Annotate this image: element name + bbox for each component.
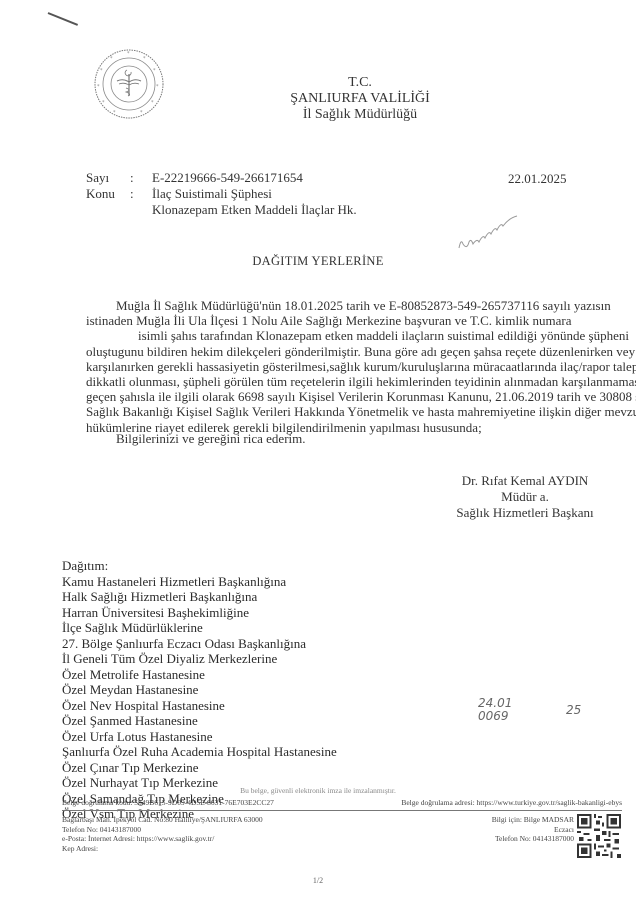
footer-divider: [62, 810, 622, 811]
sayi-label: Sayı: [86, 170, 130, 186]
distribution-item: Özel Nev Hospital Hastanesine: [62, 698, 337, 714]
body-line: geçen şahısla ile ilgili olarak 6698 say…: [86, 389, 636, 404]
konu-line-2: Klonazepam Etken Maddeli İlaçlar Hk.: [152, 202, 357, 218]
handwritten-note-duyuru: [455, 208, 525, 253]
distribution-item: Özel Çınar Tıp Merkezine: [62, 760, 337, 776]
web-line[interactable]: e-Posta: İnternet Adresi: https://www.sa…: [62, 834, 263, 844]
sayi-value: E-22219666-549-266171654: [152, 170, 303, 186]
svg-text:*: *: [97, 84, 100, 90]
konu-label: Konu: [86, 186, 130, 202]
body-line: Sağlık Bakanlığı Kişisel Sağlık Verileri…: [86, 404, 636, 419]
distribution-item: Şanlıurfa Özel Ruha Academia Hospital Ha…: [62, 744, 337, 760]
body-line: dikkatli olunması, şüpheli görülen tüm r…: [86, 374, 636, 389]
footer-contact: Bilgi için: Bilge MADSAR Eczacı Telefon …: [470, 815, 574, 844]
handwritten-year-note: 25: [566, 703, 581, 717]
svg-text:*: *: [153, 68, 156, 74]
letterhead-country: T.C.: [240, 75, 480, 91]
konu-row: Konu : İlaç Suistimali Şüphesi: [86, 186, 357, 202]
contact-role: Eczacı: [470, 825, 574, 835]
esign-note: Bu belge, güvenli elektronik imza ile im…: [0, 786, 636, 795]
qr-code-icon: [577, 814, 621, 858]
ministry-of-health-seal-icon: **** **** ***: [93, 48, 165, 120]
body-line: istinaden Muğla İli Ula İlçesi 1 Nolu Ai…: [86, 313, 636, 328]
distribution-list: Dağıtım: Kamu Hastaneleri Hizmetleri Baş…: [62, 558, 337, 822]
letterhead: T.C. ŞANLIURFA VALİLİĞİ İl Sağlık Müdürl…: [240, 75, 480, 123]
body-line: Muğla İl Sağlık Müdürlüğü'nün 18.01.2025…: [86, 298, 636, 313]
handwritten-registry-note: 24.01 0069: [478, 697, 512, 723]
recipients-title: DAĞITIM YERLERİNE: [0, 254, 636, 269]
kep-line: Kep Adresi:: [62, 844, 263, 854]
body-line: isimli şahıs tarafından Klonazepam etken…: [86, 328, 636, 343]
contact-person: Bilgi için: Bilge MADSAR: [470, 815, 574, 825]
body-line: oluştugunu bildiren hekim dilekçeleri gö…: [86, 344, 636, 359]
address-line: Bağlarbaşı Mah. İpekyol Cad. No:80 Halil…: [62, 815, 263, 825]
svg-text:*: *: [110, 56, 113, 62]
distribution-item: Kamu Hastaneleri Hizmetleri Başkanlığına: [62, 574, 337, 590]
sayi-row: Sayı : E-22219666-549-266171654: [86, 170, 357, 186]
pen-mark: [48, 12, 78, 26]
konu-line-1: İlaç Suistimali Şüphesi: [152, 186, 272, 202]
distribution-item: Halk Sağlığı Hizmetleri Başkanlığına: [62, 589, 337, 605]
signer-title-2: Sağlık Hizmetleri Başkanı: [440, 505, 610, 521]
svg-text:*: *: [151, 100, 154, 106]
separator: :: [130, 186, 152, 202]
svg-text:*: *: [113, 110, 116, 116]
signer-title-1: Müdür a.: [440, 489, 610, 505]
signer-name: Dr. Rıfat Kemal AYDIN: [440, 473, 610, 489]
document-date: 22.01.2025: [508, 171, 567, 187]
phone-line: Telefon No: 04143187000: [62, 825, 263, 835]
contact-phone: Telefon No: 04143187000: [470, 834, 574, 844]
svg-text:*: *: [143, 56, 146, 62]
signature-block: Dr. Rıfat Kemal AYDIN Müdür a. Sağlık Hi…: [440, 473, 610, 521]
distribution-item: Özel Şanmed Hastanesine: [62, 713, 337, 729]
distribution-item: Özel Meydan Hastanesine: [62, 682, 337, 698]
distribution-item: İlçe Sağlık Müdürlüklerine: [62, 620, 337, 636]
konu-row-2: Klonazepam Etken Maddeli İlaçlar Hk.: [86, 202, 357, 218]
page-number: 1/2: [0, 876, 636, 885]
svg-text:*: *: [127, 51, 130, 57]
distribution-item: Özel Metrolife Hastanesine: [62, 667, 337, 683]
letterhead-governorship: ŞANLIURFA VALİLİĞİ: [240, 91, 480, 107]
distribution-item: 27. Bölge Şanlıurfa Eczacı Odası Başkanl…: [62, 636, 337, 652]
footer-address: Bağlarbaşı Mah. İpekyol Cad. No:80 Halil…: [62, 815, 263, 853]
distribution-item: İl Geneli Tüm Özel Diyaliz Merkezlerine: [62, 651, 337, 667]
verification-code: Belge doğrulama kodu: 5349B615-9D09-4D5E…: [62, 798, 274, 807]
svg-text:*: *: [140, 110, 143, 116]
distribution-heading: Dağıtım:: [62, 558, 337, 574]
document-meta: Sayı : E-22219666-549-266171654 Konu : İ…: [86, 170, 357, 218]
closing-line: Bilgilerinizi ve gereğini rica ederim.: [116, 431, 306, 447]
distribution-item: Özel Urfa Lotus Hastanesine: [62, 729, 337, 745]
letterhead-directorate: İl Sağlık Müdürlüğü: [240, 107, 480, 123]
svg-text:*: *: [100, 68, 103, 74]
verification-row: Belge doğrulama kodu: 5349B615-9D09-4D5E…: [62, 798, 622, 807]
svg-text:*: *: [156, 84, 159, 90]
distribution-item: Harran Üniversitesi Başhekimliğine: [62, 605, 337, 621]
letter-body: Muğla İl Sağlık Müdürlüğü'nün 18.01.2025…: [86, 298, 636, 435]
body-line: karşılanırken gerekli hassasiyetin göste…: [86, 359, 636, 374]
separator: :: [130, 170, 152, 186]
verification-address[interactable]: Belge doğrulama adresi: https://www.turk…: [401, 798, 622, 807]
svg-text:*: *: [102, 100, 105, 106]
